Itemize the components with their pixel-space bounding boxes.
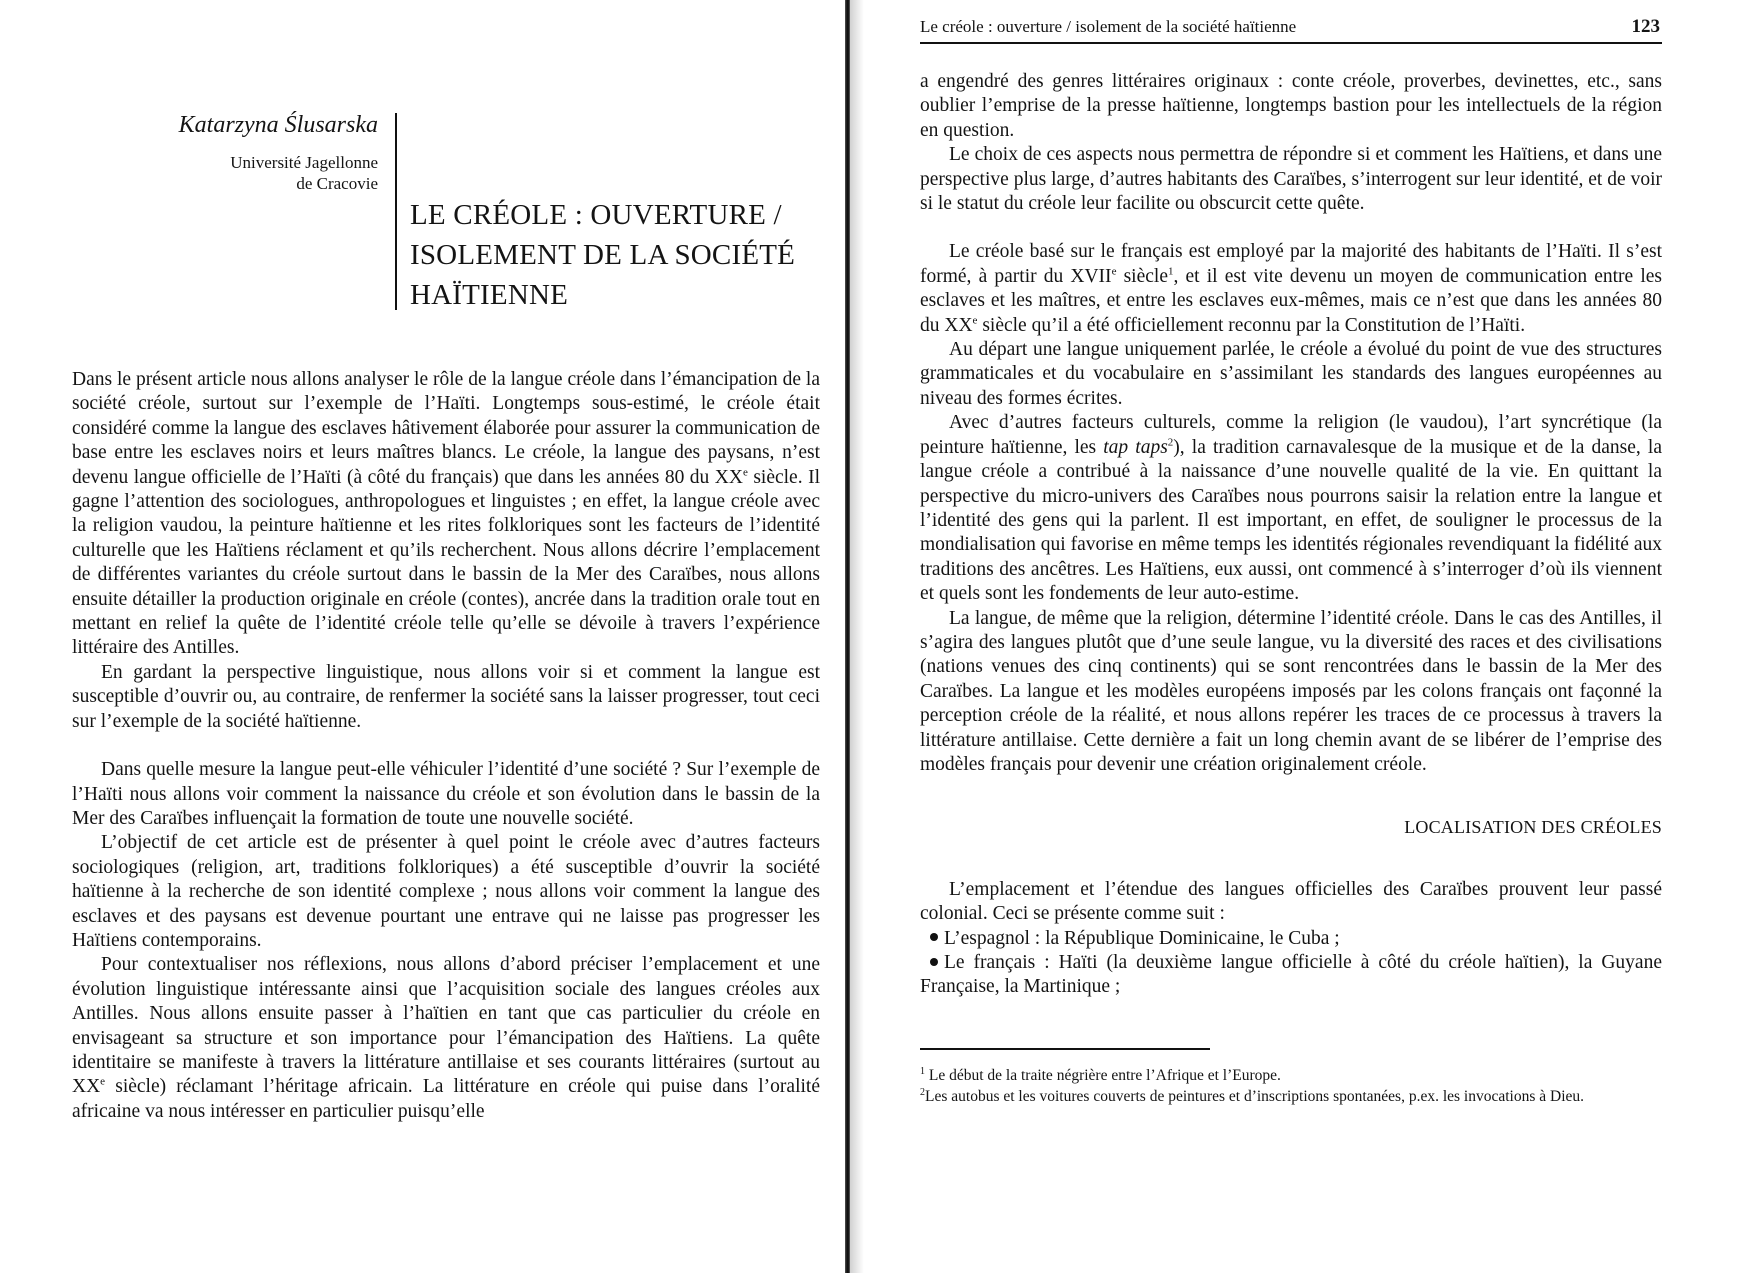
- affiliation-line: Université Jagellonne: [140, 152, 378, 173]
- running-header: Le créole : ouverture / isolement de la …: [920, 12, 1662, 44]
- paragraph: L’objectif de cet article est de présent…: [72, 831, 820, 953]
- title-line: HAÏTIENNE: [410, 275, 795, 315]
- paragraph: En gardant la perspective linguistique, …: [72, 661, 820, 734]
- left-body-text: Dans le présent article nous allons anal…: [72, 368, 820, 1124]
- list-item: L’espagnol : la République Dominicaine, …: [920, 927, 1662, 951]
- paragraph: Dans quelle mesure la langue peut-elle v…: [72, 758, 820, 831]
- paragraph: Pour contextualiser nos réflexions, nous…: [72, 953, 820, 1124]
- paragraph: L’emplacement et l’étendue des langues o…: [920, 878, 1662, 927]
- title-line: LE CRÉOLE : OUVERTURE /: [410, 195, 795, 235]
- paragraph: La langue, de même que la religion, déte…: [920, 607, 1662, 778]
- affiliation: Université Jagellonne de Cracovie: [140, 152, 378, 194]
- list-item: Le français : Haïti (la deuxième langue …: [920, 951, 1662, 1000]
- footnote: 2Les autobus et les voitures couverts de…: [920, 1087, 1662, 1106]
- author-name: Katarzyna Ślusarska: [140, 110, 378, 140]
- bullet-icon: [930, 933, 938, 941]
- author-block: Katarzyna Ślusarska Université Jagellonn…: [140, 110, 378, 194]
- page-number: 123: [1632, 14, 1661, 40]
- footnote-separator: [920, 1048, 1210, 1050]
- paragraph: Au départ une langue uniquement parlée, …: [920, 338, 1662, 411]
- footnotes: 1 Le début de la traite négrière entre l…: [920, 1066, 1662, 1106]
- left-page: Katarzyna Ślusarska Université Jagellonn…: [0, 0, 848, 1273]
- title-line: ISOLEMENT DE LA SOCIÉTÉ: [410, 235, 795, 275]
- footnote: 1 Le début de la traite négrière entre l…: [920, 1066, 1662, 1085]
- article-title: LE CRÉOLE : OUVERTURE / ISOLEMENT DE LA …: [410, 195, 795, 315]
- running-header-title: Le créole : ouverture / isolement de la …: [920, 14, 1296, 40]
- right-page: Le créole : ouverture / isolement de la …: [852, 0, 1759, 1273]
- paragraph: Avec d’autres facteurs culturels, comme …: [920, 411, 1662, 606]
- language-list: L’espagnol : la République Dominicaine, …: [920, 927, 1662, 1000]
- paragraph: a engendré des genres littéraires origin…: [920, 70, 1662, 143]
- bullet-icon: [930, 958, 938, 966]
- right-body-text: a engendré des genres littéraires origin…: [920, 70, 1662, 1108]
- title-divider-rule: [395, 113, 397, 310]
- paragraph: Dans le présent article nous allons anal…: [72, 368, 820, 661]
- paragraph: Le choix de ces aspects nous permettra d…: [920, 143, 1662, 216]
- affiliation-line: de Cracovie: [140, 173, 378, 194]
- paragraph: Le créole basé sur le français est emplo…: [920, 240, 1662, 338]
- section-heading: LOCALISATION DES CRÉOLES: [920, 815, 1662, 839]
